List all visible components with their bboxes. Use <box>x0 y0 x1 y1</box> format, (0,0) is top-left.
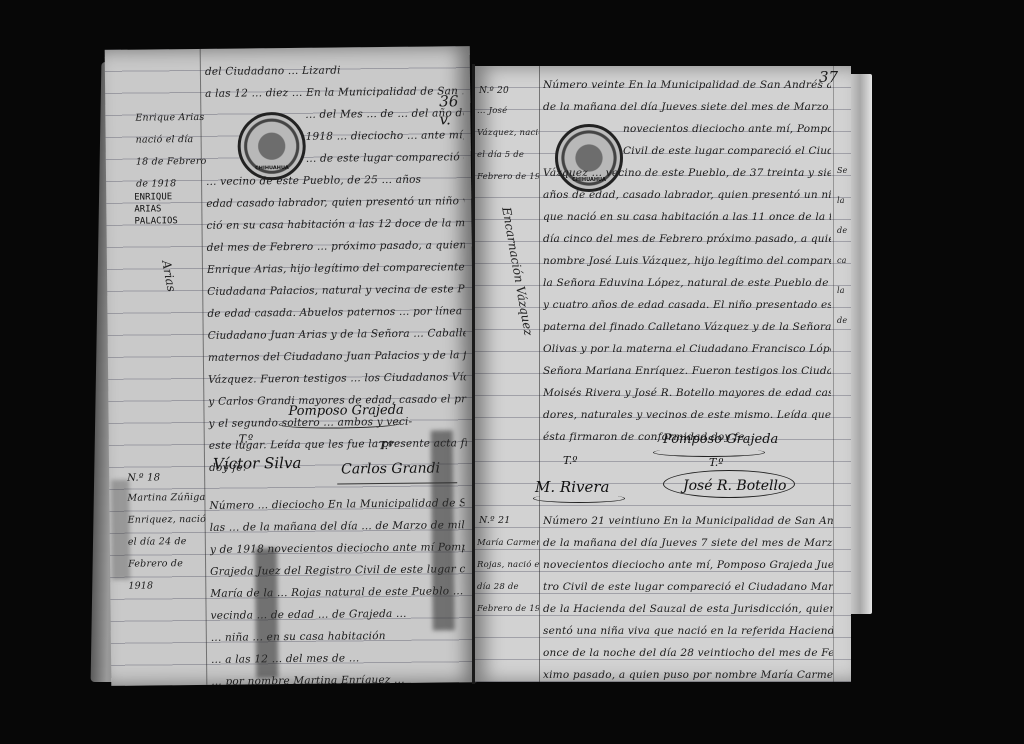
header-line: del Ciudadano ... Lizardi <box>205 59 341 82</box>
margin-rule <box>539 66 540 682</box>
witness-signature: Víctor Silva <box>213 454 302 473</box>
book-gutter <box>472 64 475 684</box>
ink-smudge <box>111 480 130 580</box>
ink-smudge <box>255 548 278 678</box>
witness-label: T.º <box>709 456 723 469</box>
left-page: 36 v. del Ciudadano ... Lizardi CHIHUAHU… <box>105 46 477 686</box>
margin-signature: Encarnación Vázquez <box>499 206 535 337</box>
entry-number: N.º 21 <box>479 510 511 532</box>
entry-number: N.º 18 <box>127 467 160 489</box>
registrar-signature: Pomposo Grajeda <box>288 403 403 419</box>
entry-body: Número ... dieciocho En la Municipalidad… <box>209 492 466 686</box>
margin-note: María Carmen Rojas, nació el día 28 de F… <box>477 532 539 620</box>
signature-flourish <box>533 494 625 503</box>
witness-signature: Carlos Grandi <box>341 460 440 477</box>
entry-number: N.º 20 <box>479 80 509 102</box>
registrar-signature: Pomposo Grajeda <box>663 432 778 447</box>
ink-smudge <box>431 430 455 630</box>
witness-label: T.º <box>239 432 254 445</box>
margin-rule <box>833 66 834 682</box>
name-stamp: ENRIQUE ARIAS PALACIOS <box>134 191 178 227</box>
page-stack-right <box>848 74 872 614</box>
entry-body: Número 21 veintiuno En la Municipalidad … <box>543 510 833 682</box>
margin-note: Enrique Arias nació el día 18 de Febrero… <box>135 107 207 196</box>
margin-signature: Arias <box>159 259 179 293</box>
entry-body: Número veinte En la Municipalidad de San… <box>543 74 831 448</box>
edge-annotations: Se la de ca la de <box>837 156 851 336</box>
margin-note: Martina Zúñiga Enriquez, nació el día 24… <box>127 487 207 598</box>
right-page: 37 CHIHUAHUA N.º 20 ... José Vázquez, na… <box>473 66 851 682</box>
witness-label: T.º <box>563 454 577 467</box>
margin-note: ... José Vázquez, nació el día 5 de Febr… <box>477 100 539 188</box>
signature-loop <box>663 470 795 498</box>
open-register-book: 36 v. del Ciudadano ... Lizardi CHIHUAHU… <box>96 44 876 684</box>
witness-label: T.º <box>379 439 394 452</box>
